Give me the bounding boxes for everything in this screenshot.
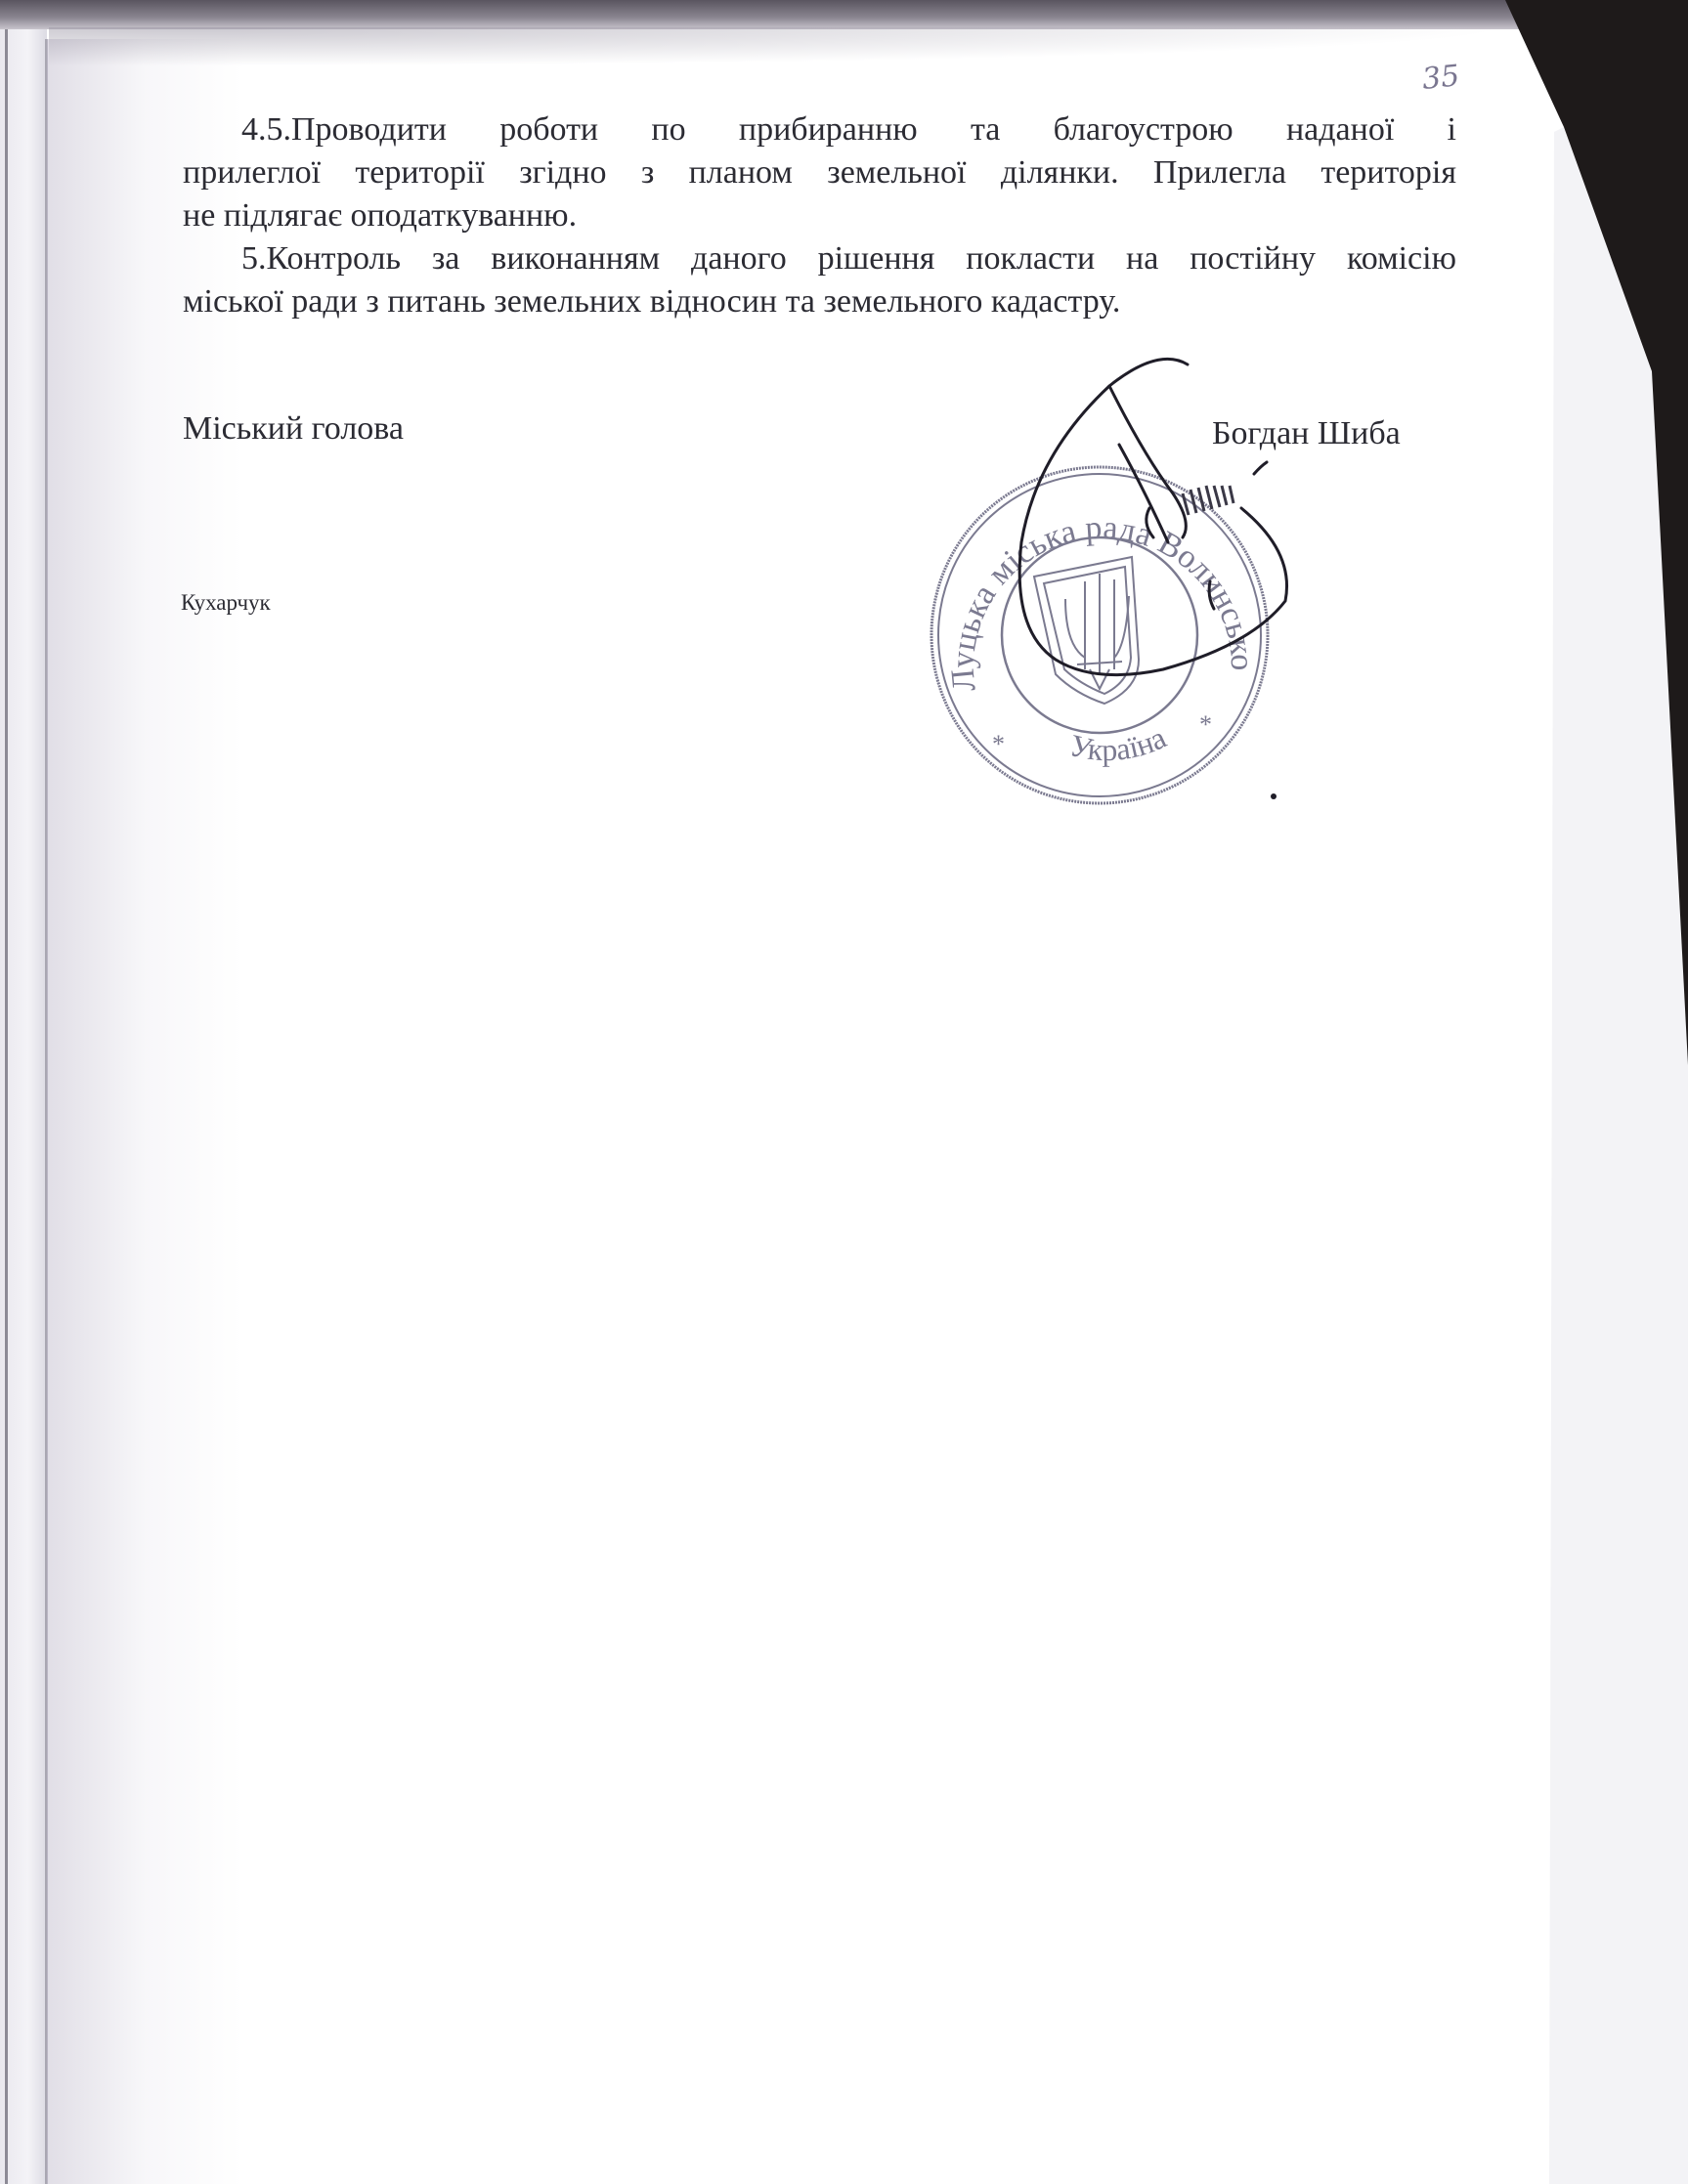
scan-top-shadow	[49, 27, 1515, 66]
paragraph-line: не підлягає оподаткуванню.	[183, 194, 1456, 237]
scan-background-dark	[0, 0, 1688, 2184]
handwritten-page-number: 35	[1420, 59, 1461, 97]
signature-scribble	[1183, 486, 1234, 515]
stamp-bottom-text: Україна	[1066, 719, 1171, 767]
trident-coat-of-arms-icon	[1034, 557, 1139, 704]
paragraph-line: міської ради з питань земельних відносин…	[183, 280, 1456, 323]
stamp-outer-text: Луцька міська рада Волинської області	[919, 347, 1260, 693]
paragraph-line: 4.5.Проводити роботи по прибиранню та бл…	[183, 108, 1456, 151]
scan-left-shadow	[47, 39, 242, 2184]
stamp-star-right: *	[1199, 710, 1212, 739]
signatory-title: Міський голова	[183, 410, 404, 448]
stamp-star-left: *	[992, 730, 1005, 758]
scan-underlying-page	[0, 0, 1688, 2184]
official-stamp: Луцька міська рада Волинської області Ук…	[919, 347, 1310, 835]
paragraph-5: 5.Контроль за виконанням даного рішення …	[183, 237, 1456, 323]
paragraph-line: прилеглої території згідно з планом земе…	[183, 151, 1456, 194]
paragraph-line: 5.Контроль за виконанням даного рішення …	[183, 237, 1456, 280]
executor-name: Кухарчук	[181, 590, 271, 616]
scan-top-edge	[0, 0, 1564, 29]
ink-dot	[1271, 793, 1277, 799]
paragraph-4-5: 4.5.Проводити роботи по прибиранню та бл…	[183, 108, 1456, 237]
scan-binding-line	[5, 0, 8, 2184]
